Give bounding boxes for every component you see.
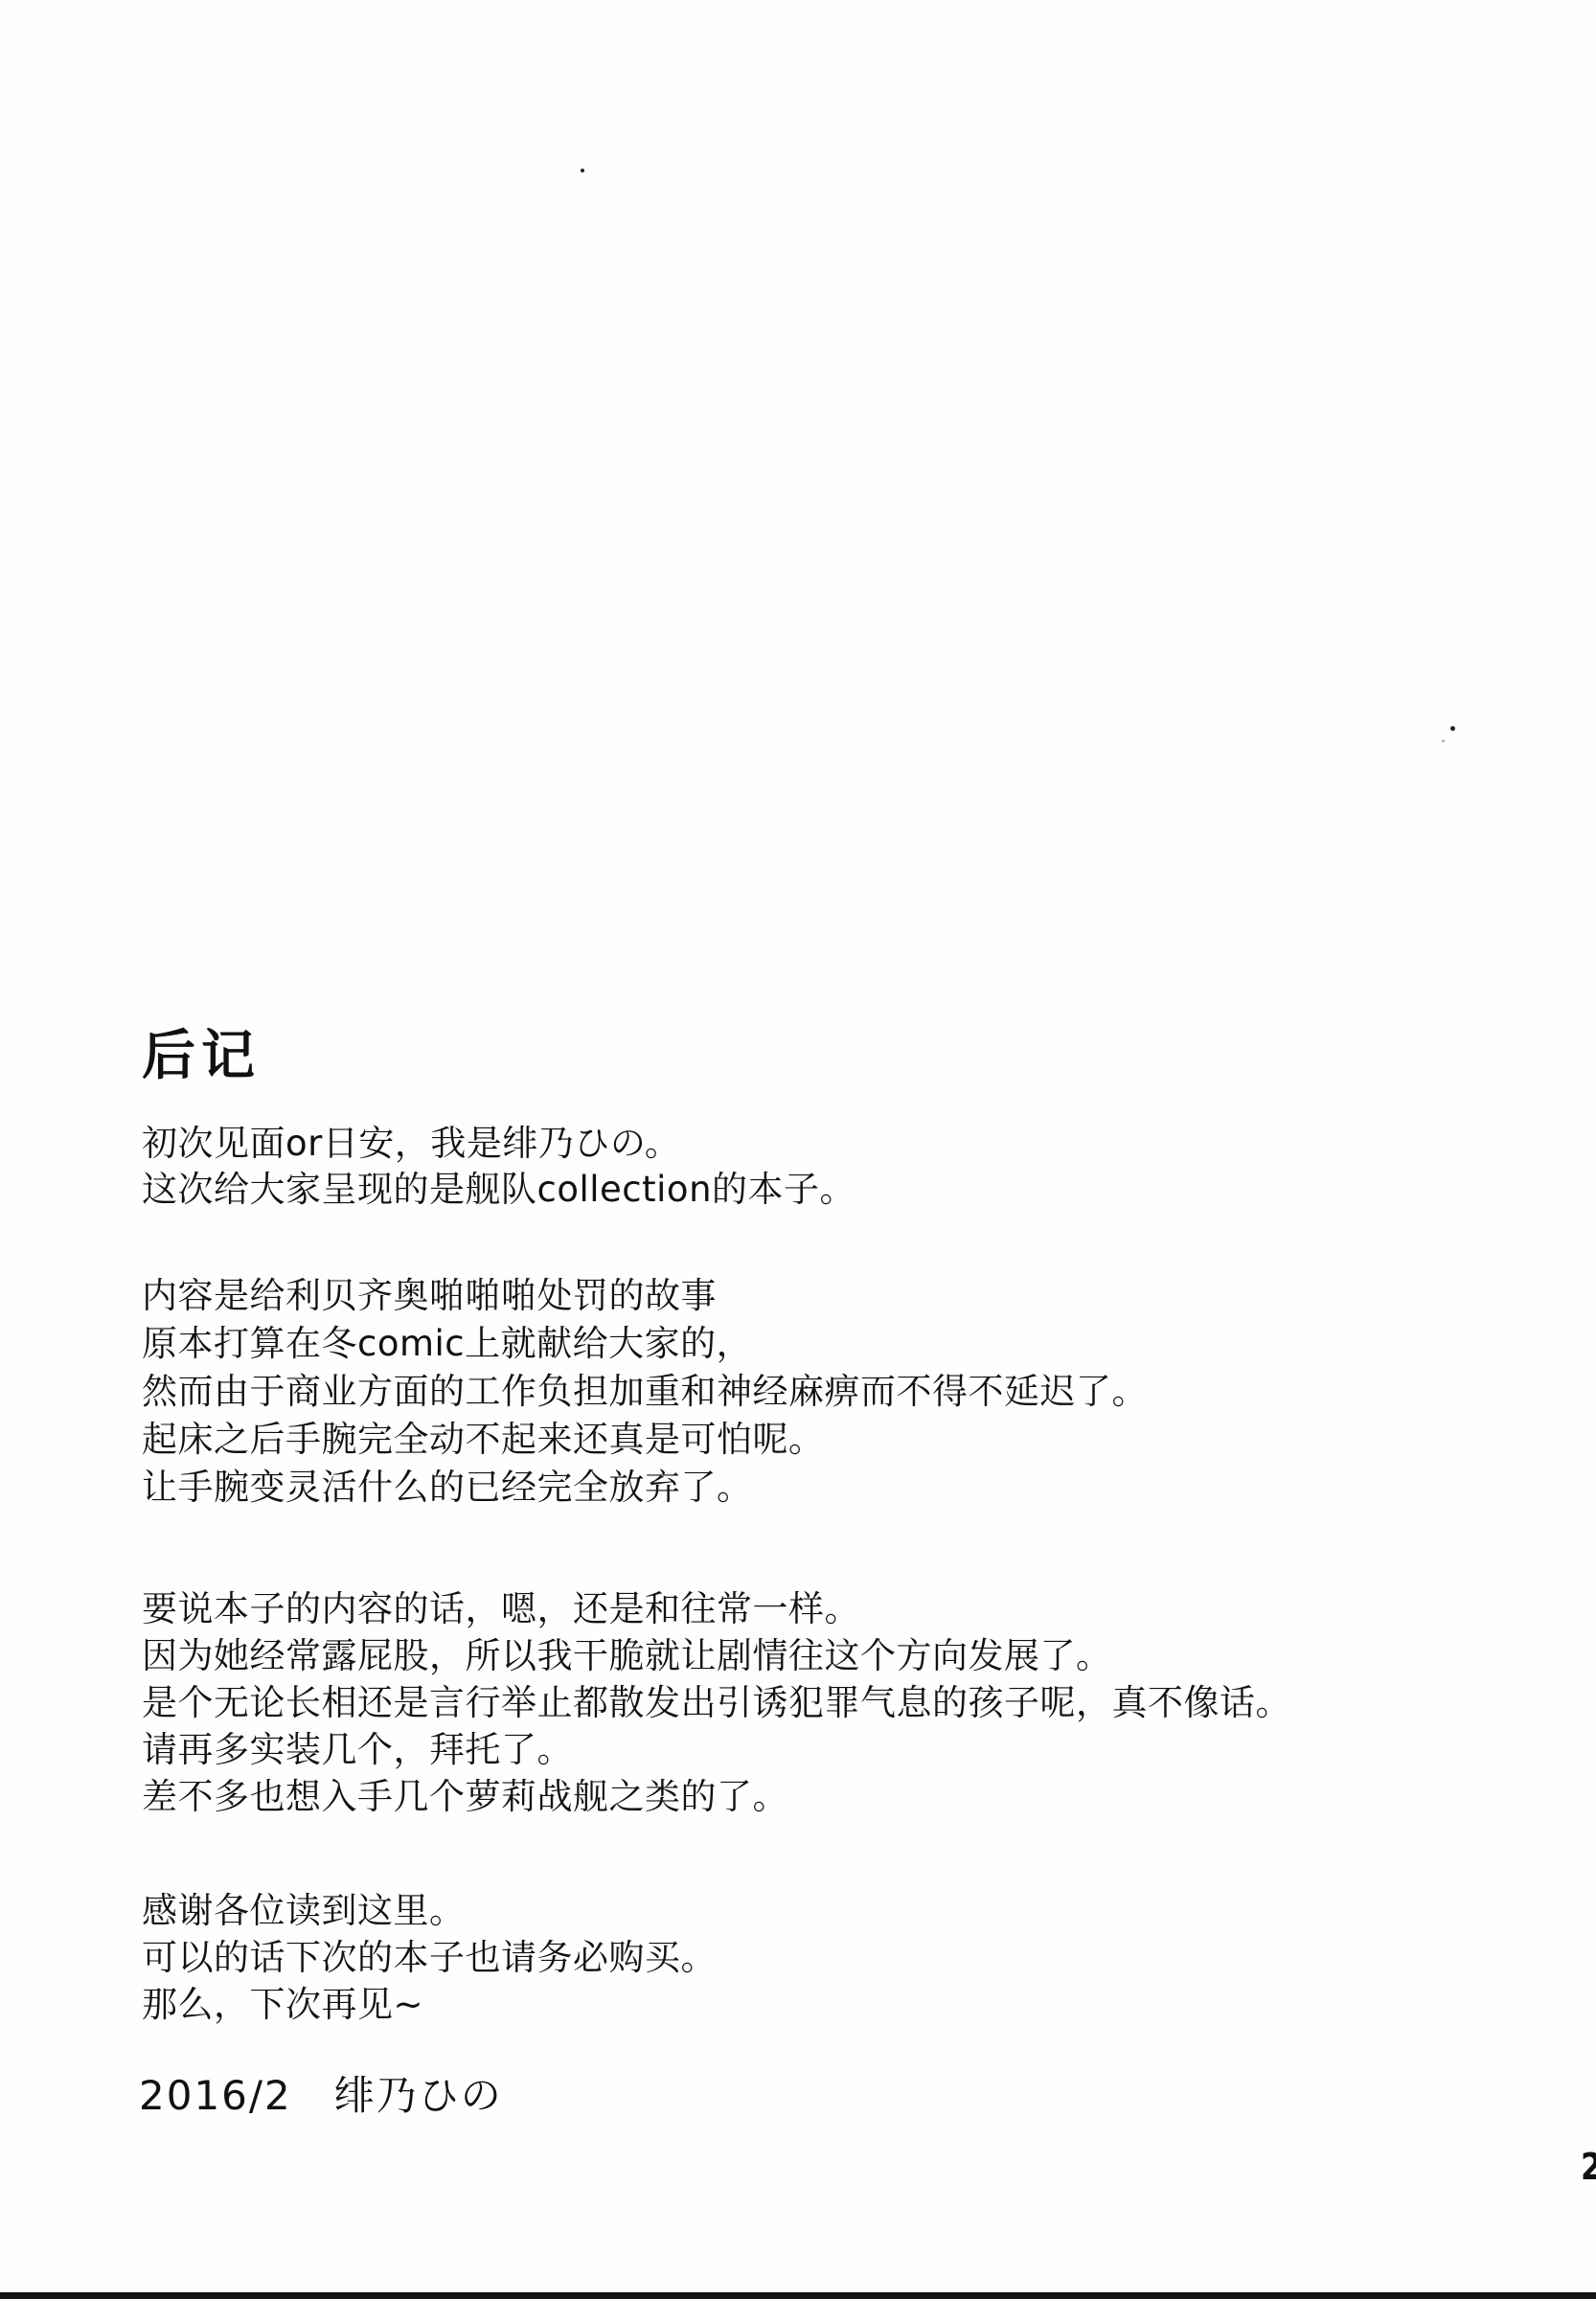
text-line: 可以的话下次的本子也请务必购买。 [142,1934,717,1981]
scan-dust-speck [1442,740,1445,742]
text-line: 原本打算在冬comic上就献给大家的， [142,1320,1148,1368]
text-line: 要说本子的内容的话，嗯，还是和往常一样。 [142,1585,1291,1632]
scan-edge-bar [0,2292,1596,2299]
text-line: 差不多也想入手几个萝莉战舰之类的了。 [142,1773,1291,1820]
text-line: 然而由于商业方面的工作负担加重和神经麻痹而不得不延迟了。 [142,1368,1148,1416]
signature-date-author: 2016/2 绯乃ひの [139,2072,503,2120]
text-line: 是个无论长相还是言行举止都散发出引诱犯罪气息的孩子呢，真不像话。 [142,1679,1291,1726]
paragraph-production-notes: 内容是给利贝齐奥啪啪啪处罚的故事原本打算在冬comic上就献给大家的，然而由于商… [142,1272,1148,1512]
text-line: 内容是给利贝齐奥啪啪啪处罚的故事 [142,1272,1148,1320]
paragraph-greeting: 初次见面or日安，我是绯乃ひの。这次给大家呈现的是舰队collection的本子… [142,1121,855,1213]
page-title: 后记 [142,1027,261,1086]
text-line: 起床之后手腕完全动不起来还真是可怕呢。 [142,1416,1148,1464]
text-line: 感谢各位读到这里。 [142,1887,717,1934]
text-line: 初次见面or日安，我是绯乃ひの。 [142,1121,855,1167]
text-line: 请再多实装几个，拜托了。 [142,1726,1291,1773]
scan-dust-speck [581,169,584,172]
text-line: 那么，下次再见~ [142,1981,717,2028]
paragraph-thanks: 感谢各位读到这里。可以的话下次的本子也请务必购买。那么，下次再见~ [142,1887,717,2028]
text-line: 让手腕变灵活什么的已经完全放弃了。 [142,1464,1148,1512]
text-line: 因为她经常露屁股，所以我干脆就让剧情往这个方向发展了。 [142,1632,1291,1679]
scan-dust-speck [1450,726,1455,731]
page-number: 2 [1581,2146,1596,2188]
paragraph-book-content: 要说本子的内容的话，嗯，还是和往常一样。因为她经常露屁股，所以我干脆就让剧情往这… [142,1585,1291,1820]
text-line: 这次给大家呈现的是舰队collection的本子。 [142,1167,855,1213]
afterword-page: 后记 初次见面or日安，我是绯乃ひの。这次给大家呈现的是舰队collection… [0,0,1596,2299]
